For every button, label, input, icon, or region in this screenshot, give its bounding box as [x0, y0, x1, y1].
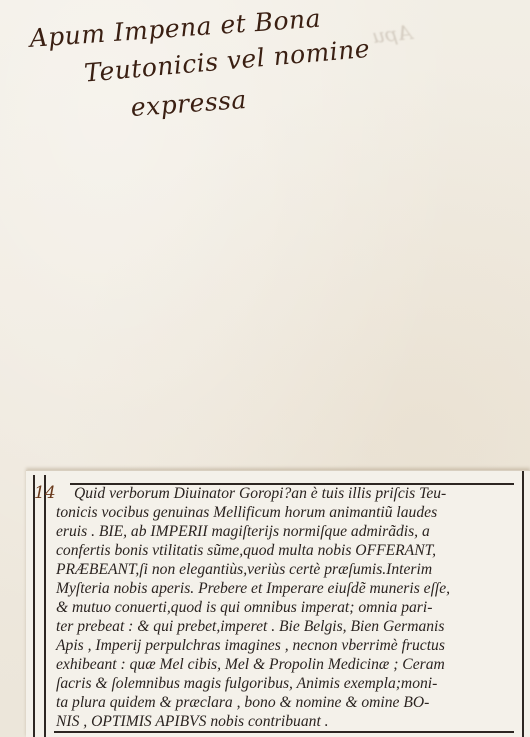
- text-line: confertis bonis vtilitatis sũme,quod mul…: [56, 541, 516, 560]
- bleed-through-ink: Apu: [371, 20, 413, 48]
- text-line: NIS , OPTIMIS APIBVS nobis contribuant .: [56, 712, 516, 731]
- margin-number: 14: [34, 483, 56, 503]
- left-border-rule-inner: [44, 475, 46, 737]
- text-line: Myſteria nobis aperis. Prebere et Impera…: [56, 579, 516, 598]
- right-border-rule: [522, 471, 524, 737]
- manuscript-page: Apu Apum Impena et Bona Teutonicis vel n…: [0, 0, 530, 737]
- printed-slip: 14 Quid verborum Diuinator Goropi?an è t…: [26, 470, 530, 737]
- text-line: & mutuo conuerti,quod is qui omnibus imp…: [56, 598, 516, 617]
- text-line: Quid verborum Diuinator Goropi?an è tuis…: [56, 484, 516, 503]
- text-line: ta plura quidem & præclara , bono & nomi…: [56, 693, 516, 712]
- handwritten-line-3: expressa: [130, 85, 248, 122]
- text-line: eruis . BIE, ab IMPERII magiſteriјs norm…: [56, 522, 516, 541]
- printed-paragraph: Quid verborum Diuinator Goropi?an è tuis…: [56, 484, 516, 731]
- text-line: ter prebeat : & qui prebet,imperet . Bie…: [56, 617, 516, 636]
- left-border-rule-outer: [33, 475, 35, 737]
- text-line: Apis , Imperij perpulchras imagines , ne…: [56, 636, 516, 655]
- text-line: ſacris & ſolemnibus magis fulgoribus, An…: [56, 674, 516, 693]
- text-line: exhibeant : quæ Mel cibis, Mel & Propoli…: [56, 655, 516, 674]
- handwritten-note: Apum Impena et Bona Teutonicis vel nomin…: [28, 0, 387, 14]
- bottom-border-rule: [54, 731, 514, 733]
- text-line: tonicis vocibus genuinas Mellificum horu…: [56, 503, 516, 522]
- text-line: PRÆBEANT,ſi non elegantiùs,veriùs certè …: [56, 560, 516, 579]
